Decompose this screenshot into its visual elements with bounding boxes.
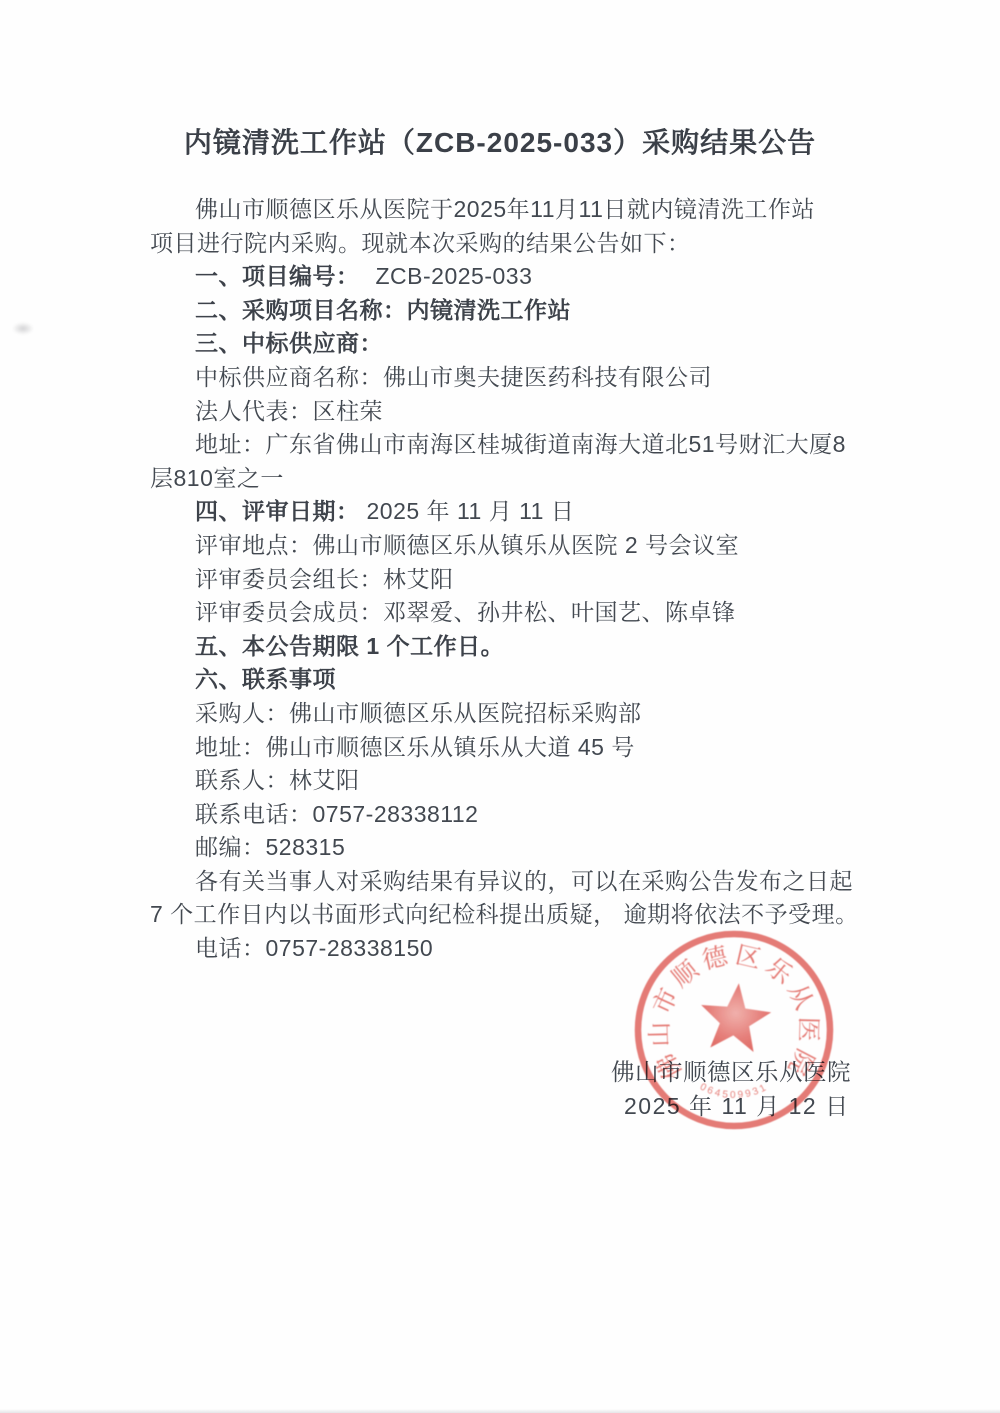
scan-bottom-edge-artifact	[0, 1409, 1000, 1413]
text-line: 佛山市顺德区乐从医院于2025年11月11日就内镜清洗工作站	[150, 193, 910, 227]
text-segment: 法人代表：区柱荣	[195, 398, 383, 424]
document-title: 内镜清洗工作站（ZCB-2025-033）采购结果公告	[0, 121, 1000, 161]
text-line: 法人代表：区柱荣	[150, 395, 910, 429]
text-segment: 评审委员会组长：林艾阳	[195, 566, 454, 592]
text-line: 六、联系事项	[150, 663, 910, 697]
scan-smudge-artifact	[12, 322, 34, 335]
text-line: 评审委员会成员：邓翠爱、孙井松、叶国艺、陈卓锋	[150, 596, 910, 630]
section-heading: 三、中标供应商：	[195, 330, 383, 356]
text-line: 地址：广东省佛山市南海区桂城街道南海大道北51号财汇大厦8	[150, 428, 910, 462]
section-heading: 五、本公告期限 1 个工作日。	[195, 633, 504, 659]
text-segment: 评审委员会成员：邓翠爱、孙井松、叶国艺、陈卓锋	[195, 599, 736, 625]
text-line: 层810室之一	[150, 462, 910, 496]
text-line: 五、本公告期限 1 个工作日。	[150, 630, 910, 664]
text-line: 三、中标供应商：	[150, 327, 910, 361]
text-line: 评审委员会组长：林艾阳	[150, 563, 910, 597]
text-segment: 项目进行院内采购。现就本次采购的结果公告如下：	[150, 230, 691, 256]
text-segment: 层810室之一	[150, 465, 284, 491]
text-segment: 中标供应商名称：佛山市奥夫捷医药科技有限公司	[195, 364, 712, 390]
section-heading: 一、项目编号：	[195, 263, 360, 289]
text-segment: 评审地点：佛山市顺德区乐从镇乐从医院 2 号会议室	[195, 532, 739, 558]
text-segment: 电话：0757-28338150	[195, 935, 433, 961]
text-line: 各有关当事人对采购结果有异议的，可以在采购公告发布之日起	[150, 865, 910, 899]
text-line: 评审地点：佛山市顺德区乐从镇乐从医院 2 号会议室	[150, 529, 910, 563]
text-line: 联系电话：0757-28338112	[150, 798, 910, 832]
text-line: 项目进行院内采购。现就本次采购的结果公告如下：	[150, 227, 910, 261]
seal-code-text: 064509931	[698, 1082, 770, 1101]
section-heading: 二、采购项目名称：内镜清洗工作站	[195, 297, 571, 323]
official-seal: 佛山市顺德区乐从医院 064509931	[624, 920, 844, 1140]
text-line: 中标供应商名称：佛山市奥夫捷医药科技有限公司	[150, 361, 910, 395]
text-segment: 地址：佛山市顺德区乐从镇乐从大道 45 号	[195, 734, 635, 760]
text-segment: 佛山市顺德区乐从医院于2025年11月11日就内镜清洗工作站	[195, 196, 815, 222]
text-segment: 各有关当事人对采购结果有异议的，可以在采购公告发布之日起	[195, 868, 853, 894]
text-line: 地址：佛山市顺德区乐从镇乐从大道 45 号	[150, 731, 910, 765]
text-segment: 2025 年 11 月 11 日	[367, 498, 575, 524]
text-line: 采购人：佛山市顺德区乐从医院招标采购部	[150, 697, 910, 731]
section-heading: 四、评审日期：	[195, 498, 360, 524]
section-heading: 六、联系事项	[195, 666, 336, 692]
text-line: 四、评审日期：2025 年 11 月 11 日	[150, 495, 910, 529]
text-segment: ZCB-2025-033	[376, 263, 533, 289]
document-body: 佛山市顺德区乐从医院于2025年11月11日就内镜清洗工作站 项目进行院内采购。…	[150, 193, 910, 966]
text-line: 一、项目编号：ZCB-2025-033	[150, 260, 910, 294]
text-line: 联系人：林艾阳	[150, 764, 910, 798]
text-segment: 邮编：528315	[195, 834, 345, 860]
text-segment: 地址：广东省佛山市南海区桂城街道南海大道北51号财汇大厦8	[195, 431, 846, 457]
text-segment: 联系电话：0757-28338112	[195, 801, 478, 827]
seal-code-holder: 064509931	[698, 1082, 770, 1101]
document-page: 内镜清洗工作站（ZCB-2025-033）采购结果公告 佛山市顺德区乐从医院于2…	[0, 0, 1000, 1413]
text-line: 二、采购项目名称：内镜清洗工作站	[150, 294, 910, 328]
text-segment: 联系人：林艾阳	[195, 767, 360, 793]
text-segment: 采购人：佛山市顺德区乐从医院招标采购部	[195, 700, 642, 726]
seal-star	[697, 980, 774, 1054]
text-line: 邮编：528315	[150, 831, 910, 865]
